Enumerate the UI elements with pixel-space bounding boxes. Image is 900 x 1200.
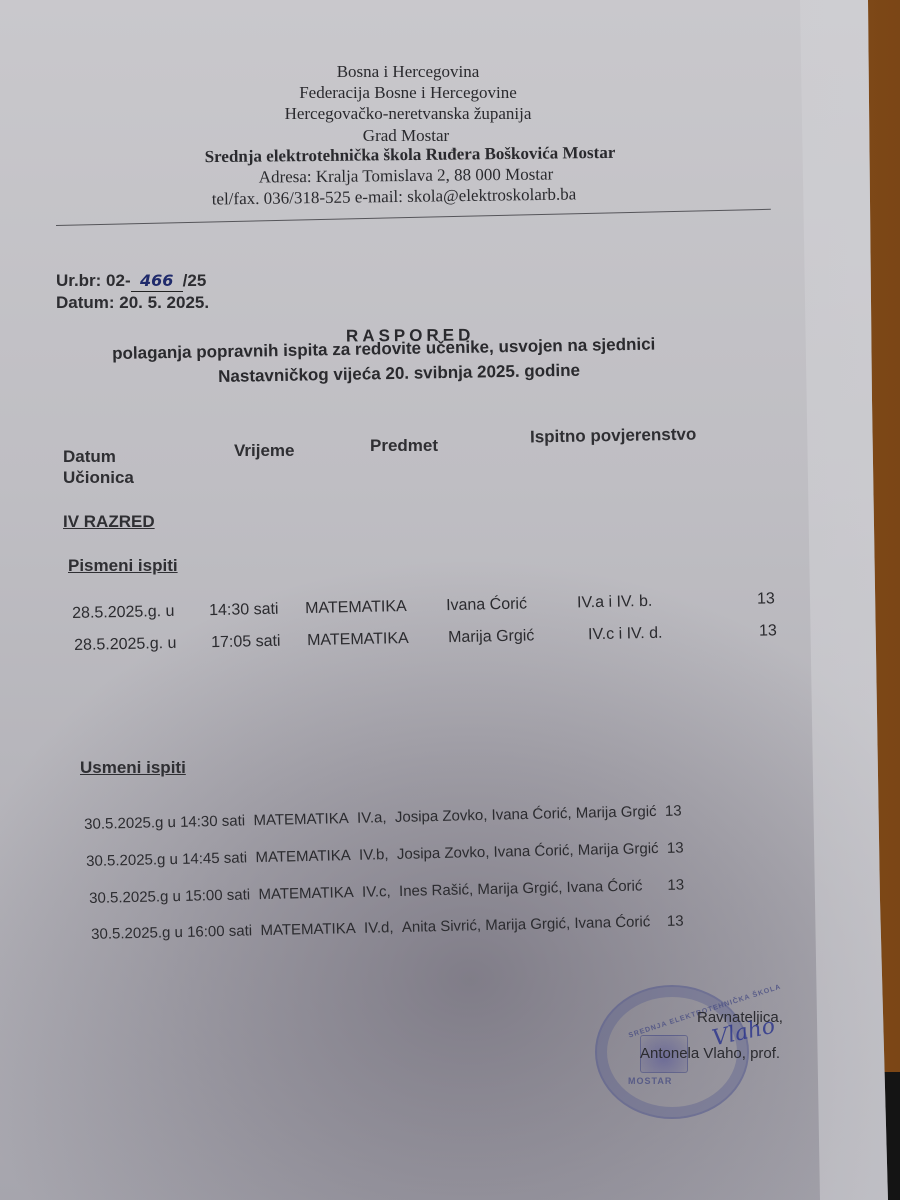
exam-date: 28.5.2025.g. u <box>74 634 211 655</box>
oral-exam-row: 30.5.2025.g u 14:30 sati MATEMATIKA IV.a… <box>84 802 682 833</box>
header-federation: Federacija Bosne i Hercegovine <box>148 83 668 103</box>
oral-exam-row: 30.5.2025.g u 14:45 sati MATEMATIKA IV.b… <box>86 839 684 870</box>
column-header-committee: Ispitno povjerenstvo <box>530 425 697 448</box>
oral-exams-heading: Usmeni ispiti <box>80 758 186 778</box>
header-divider <box>56 209 771 226</box>
column-header-classroom: Učionica <box>63 468 134 488</box>
exam-room: 13 <box>665 802 682 819</box>
signatory-name: Antonela Vlaho, prof. <box>640 1045 780 1062</box>
exam-committee: Ines Rašić, Marija Grgić, Ivana Ćorić <box>399 877 643 900</box>
exam-subject: MATEMATIKA <box>260 920 356 939</box>
document-date: Datum: 20. 5. 2025. <box>56 293 209 313</box>
exam-room: 13 <box>759 622 777 640</box>
exam-committee: Josipa Zovko, Ivana Ćorić, Marija Grgić <box>397 840 659 863</box>
exam-room: 13 <box>667 877 684 894</box>
exam-classes: IV.c i IV. d. <box>588 623 759 645</box>
exam-time: 16:00 sati <box>187 922 252 940</box>
stamp-city: MOSTAR <box>628 1076 672 1086</box>
exam-time: 14:45 sati <box>182 849 247 867</box>
exam-subject: MATEMATIKA <box>258 884 354 903</box>
written-exams-heading: Pismeni ispiti <box>68 556 178 576</box>
exam-room: 13 <box>757 590 775 608</box>
oral-exam-row: 30.5.2025.g u 16:00 sati MATEMATIKA IV.d… <box>91 913 684 943</box>
exam-room: 13 <box>667 839 684 856</box>
exam-subject: MATEMATIKA <box>305 597 446 618</box>
exam-date: 30.5.2025.g u <box>86 851 178 870</box>
exam-room: 13 <box>667 913 684 930</box>
exam-teacher: Ivana Ćorić <box>446 594 577 615</box>
ur-br-suffix: /25 <box>183 271 207 290</box>
grade-heading: IV RAZRED <box>63 512 155 532</box>
handwritten-number: 466 <box>140 271 173 290</box>
oral-exam-row: 30.5.2025.g u 15:00 sati MATEMATIKA IV.c… <box>89 877 684 907</box>
exam-subject: MATEMATIKA <box>307 629 448 650</box>
column-header-date: Datum <box>63 447 116 467</box>
column-header-subject: Predmet <box>370 436 438 456</box>
exam-date: 30.5.2025.g u <box>84 814 176 833</box>
header-country: Bosna i Hercegovina <box>148 62 668 82</box>
exam-subject: MATEMATIKA <box>253 810 349 829</box>
header-canton: Hercegovačko-neretvanska županija <box>148 104 668 124</box>
exam-time: 17:05 sati <box>211 632 307 652</box>
written-exam-row: 28.5.2025.g. u17:05 satiMATEMATIKAMarija… <box>74 622 777 655</box>
subtitle-line-1: polaganja popravnih ispita za redovite u… <box>112 335 655 364</box>
exam-class: IV.b, <box>359 846 389 864</box>
document: Bosna i Hercegovina Federacija Bosne i H… <box>0 0 900 1200</box>
exam-class: IV.a, <box>357 809 387 827</box>
exam-committee: Anita Sivrić, Marija Grgić, Ivana Ćorić <box>402 913 651 936</box>
exam-subject: MATEMATIKA <box>255 847 351 866</box>
subtitle-line-2: Nastavničkog vijeća 20. svibnja 2025. go… <box>218 361 580 387</box>
exam-date: 30.5.2025.g u <box>91 924 183 943</box>
exam-time: 14:30 sati <box>209 600 305 620</box>
exam-date: 28.5.2025.g. u <box>72 602 209 623</box>
exam-date: 30.5.2025.g u <box>89 888 181 907</box>
exam-class: IV.c, <box>362 883 391 901</box>
exam-class: IV.d, <box>364 919 394 937</box>
ur-br-prefix: Ur.br: 02- <box>56 271 131 290</box>
exam-time: 14:30 sati <box>180 812 245 830</box>
column-header-time: Vrijeme <box>234 441 295 461</box>
exam-classes: IV.a i IV. b. <box>577 591 757 613</box>
exam-committee: Josipa Zovko, Ivana Ćorić, Marija Grgić <box>395 803 657 826</box>
exam-time: 15:00 sati <box>185 886 250 904</box>
written-exam-row: 28.5.2025.g. u14:30 satiMATEMATIKAIvana … <box>72 590 775 623</box>
exam-teacher: Marija Grgić <box>448 626 588 647</box>
reference-number: Ur.br: 02-466/25 <box>56 271 206 292</box>
